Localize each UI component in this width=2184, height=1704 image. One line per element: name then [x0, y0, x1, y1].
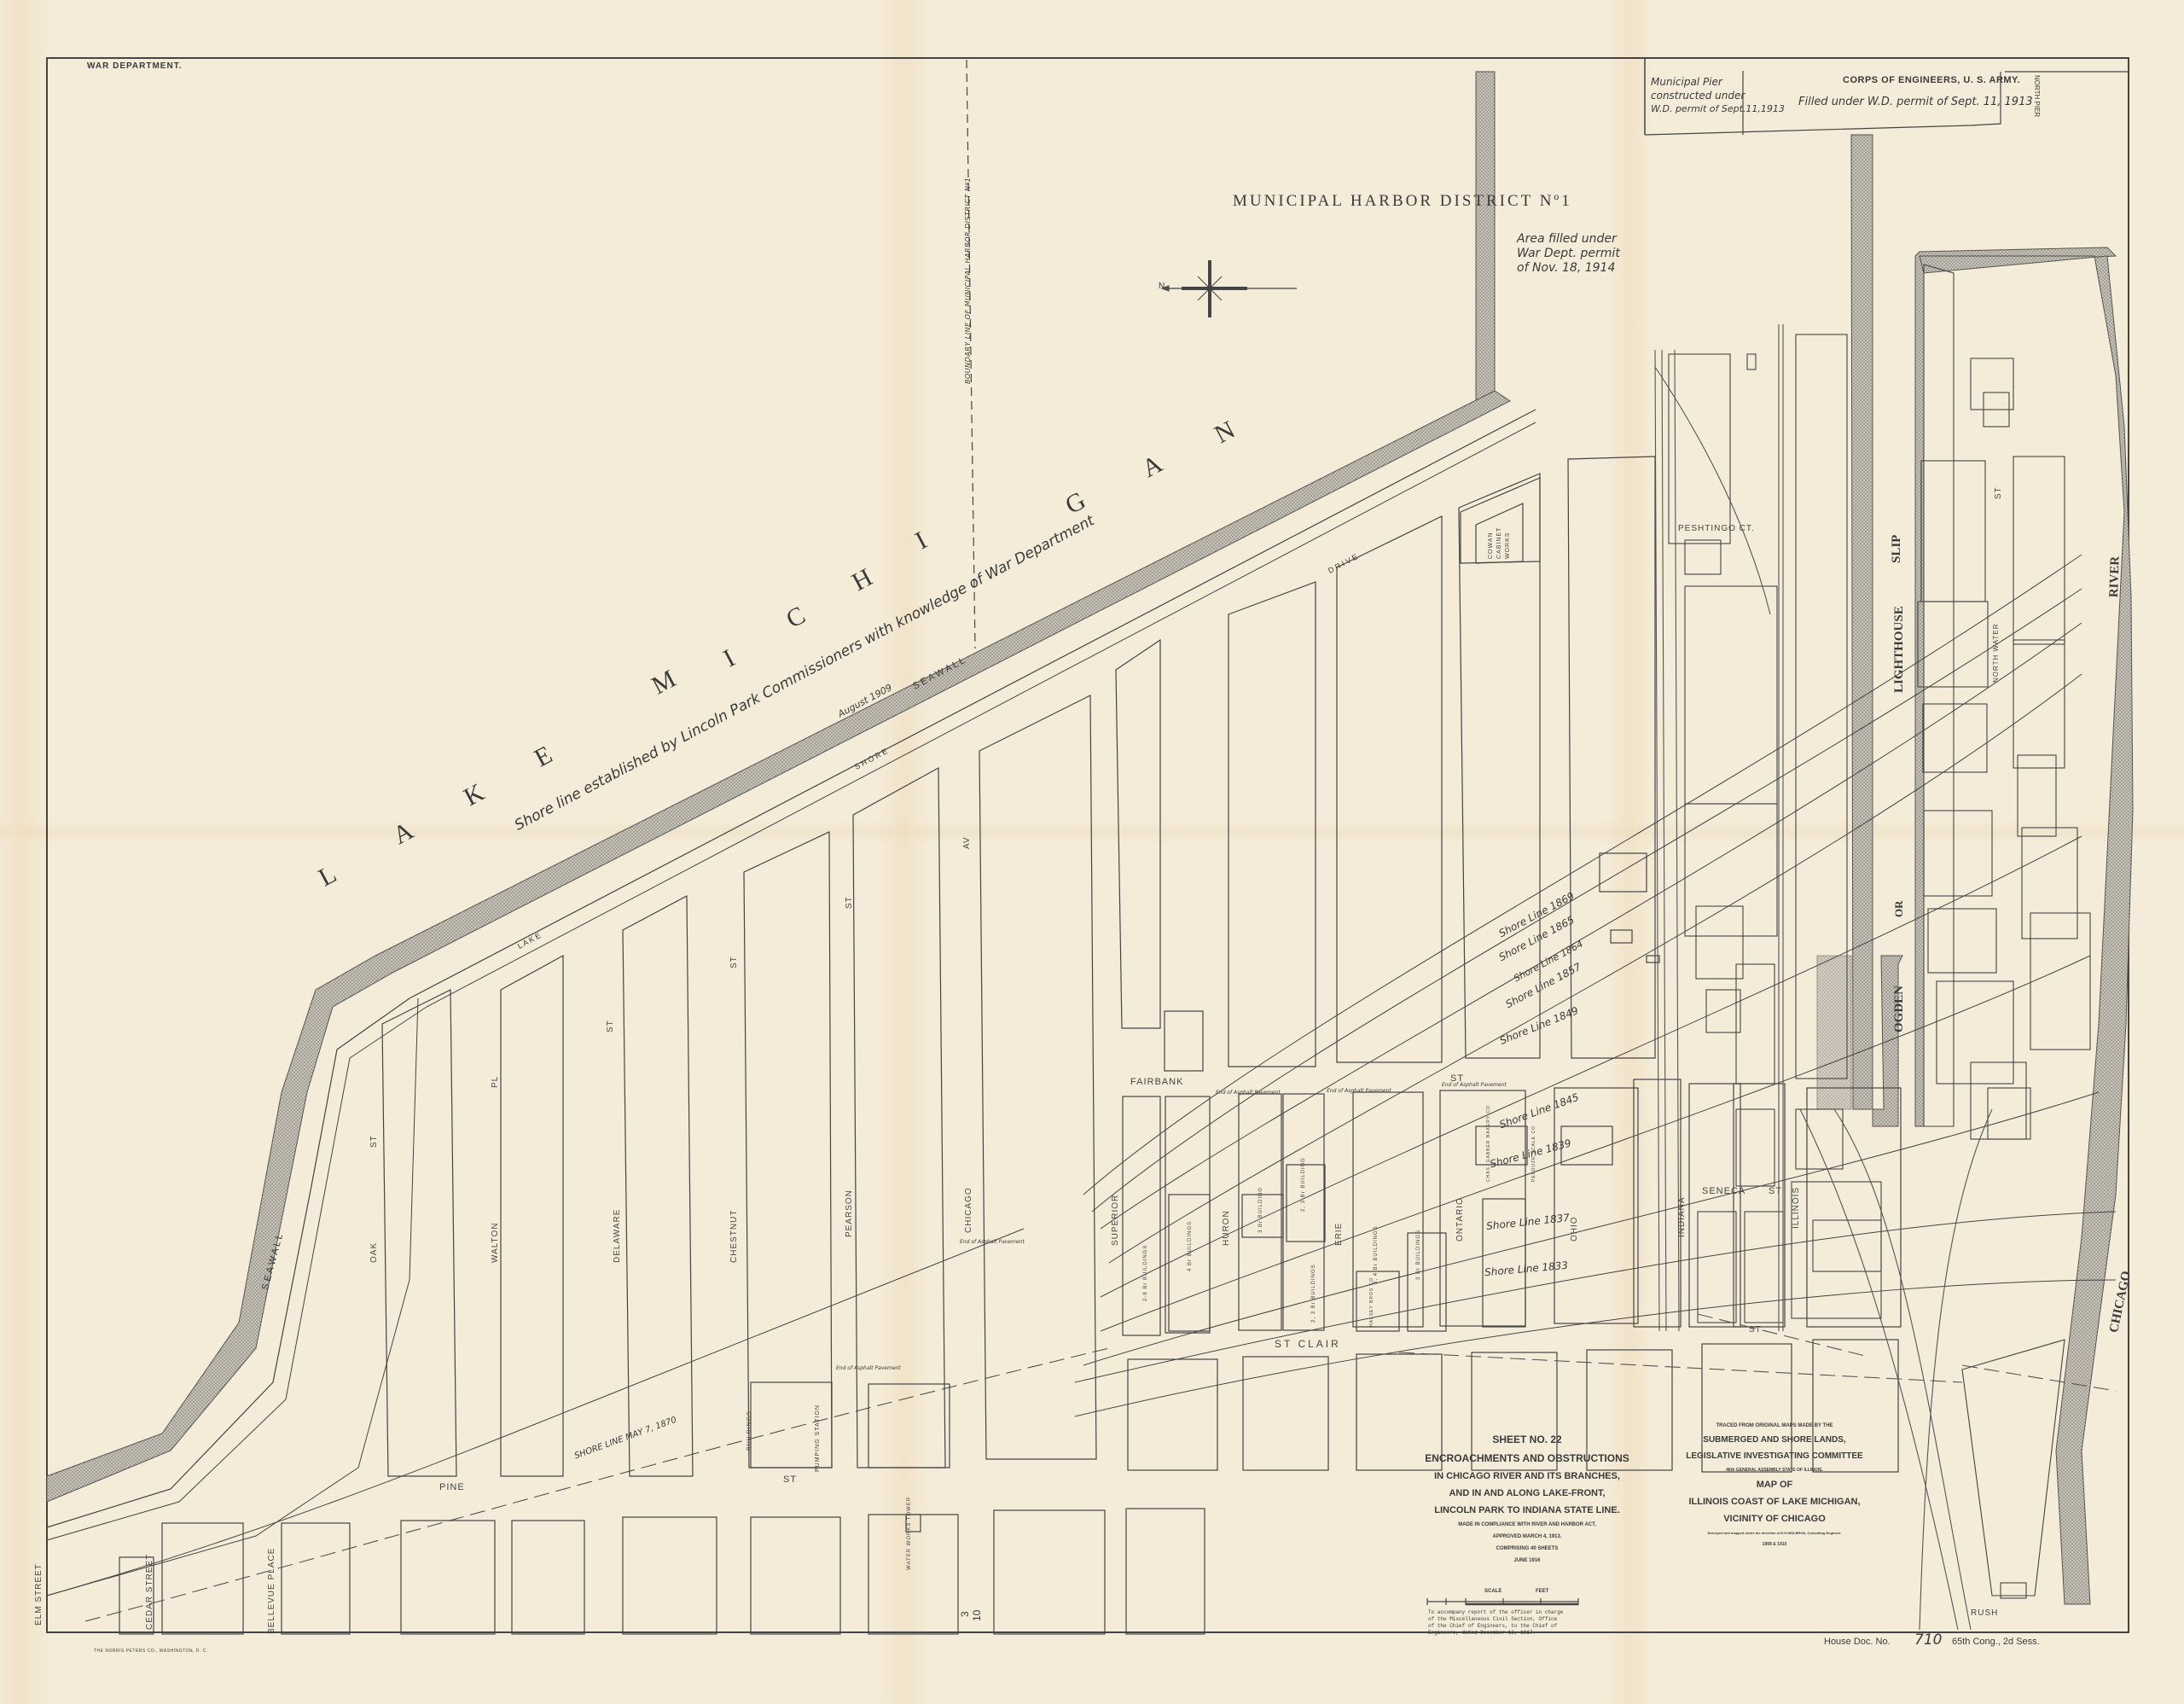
- title-line: IN CHICAGO RIVER AND ITS BRANCHES,: [1386, 1471, 1668, 1481]
- title-line: VICINITY OF CHICAGO: [1672, 1514, 1877, 1524]
- title-line: COMPRISING 40 SHEETS: [1386, 1546, 1668, 1551]
- street-ohio: OHIO: [1570, 1216, 1579, 1242]
- street-st: ST: [783, 1474, 797, 1485]
- street-st: ST: [729, 956, 739, 968]
- street-oak: OAK: [369, 1242, 379, 1263]
- scale-unit: FEET: [1536, 1589, 1548, 1594]
- building-label: CHAS. GABBER BAKERY CO: [1486, 1105, 1491, 1182]
- filled-note: Filled under W.D. permit of Sept. 11, 19…: [1798, 96, 2033, 108]
- title-line: ENCROACHMENTS AND OBSTRUCTIONS: [1386, 1452, 1668, 1464]
- pavement-note: End of Asphalt Pavement: [836, 1365, 901, 1371]
- report-note-line: To accompany report of the officer in ch…: [1428, 1609, 1563, 1616]
- title-line: 46th GENERAL ASSEMBLY STATE OF ILLINOIS.: [1672, 1468, 1877, 1473]
- area-filled-note: Area filled under War Dept. permit of No…: [1517, 232, 1620, 276]
- sheet-number: SHEET NO. 22: [1386, 1434, 1668, 1445]
- building-label: COWAN CABINET WORKS: [1487, 508, 1513, 559]
- compass-north-label: N: [1159, 282, 1165, 291]
- pier-note-line: W.D. permit of Sept.11,1913: [1651, 102, 1785, 116]
- house-doc-label: House Doc. No.: [1824, 1637, 1891, 1647]
- street-cedar: CEDAR STREET: [145, 1554, 154, 1630]
- pavement-note: End of Asphalt Pavement: [1216, 1090, 1281, 1096]
- title-block-right: TRACED FROM ORIGINAL MAPS MADE BY THE SU…: [1672, 1423, 1877, 1554]
- area-filled-line: Area filled under: [1517, 232, 1620, 247]
- north-pier-label: NORTH PIER: [2033, 75, 2041, 117]
- title-line: Surveyed and mapped under the direction …: [1672, 1531, 1877, 1535]
- building-label: 2-8 Br BUILDINGS: [1143, 1245, 1148, 1301]
- war-department-label: WAR DEPARTMENT.: [87, 61, 182, 71]
- street-st-clair: ST CLAIR: [1275, 1338, 1341, 1350]
- slip-label: OGDEN: [1892, 986, 1907, 1032]
- corps-of-engineers-label: CORPS OF ENGINEERS, U. S. ARMY.: [1843, 75, 2020, 85]
- building-label: 3 Br BUILDING: [1258, 1187, 1263, 1233]
- harbor-district-label: MUNICIPAL HARBOR DISTRICT Nº1: [1233, 192, 1572, 211]
- street-north-water: NORTH WATER: [1992, 623, 2000, 683]
- street-av: AV: [962, 836, 972, 849]
- street-elm: ELM STREET: [34, 1563, 44, 1625]
- street-superior: SUPERIOR: [1111, 1195, 1120, 1246]
- street-bellevue: BELLEVUE PLACE: [267, 1548, 276, 1634]
- slip-label: SLIP: [1890, 535, 1904, 563]
- house-doc-number: 710: [1914, 1631, 1942, 1649]
- title-line: TRACED FROM ORIGINAL MAPS MADE BY THE: [1672, 1423, 1877, 1428]
- river-label: RIVER: [2107, 556, 2123, 598]
- street-delaware: DELAWARE: [613, 1209, 622, 1263]
- title-line: AND IN AND ALONG LAKE-FRONT,: [1386, 1488, 1668, 1498]
- building-label: 3 Br BUILDINGS: [1416, 1230, 1421, 1280]
- sheet-edge-mark: 10: [971, 1610, 983, 1621]
- pier-note: Municipal Pier constructed under W.D. pe…: [1651, 75, 1785, 116]
- street-indiana: INDIANA: [1677, 1196, 1687, 1237]
- building-label: 2, 3 Br BUILDINGS: [1311, 1264, 1316, 1323]
- report-note-line: of the Chief of Engineers, to the Chief …: [1428, 1623, 1563, 1630]
- report-note-line: Engineers, dated December 13, 1917.: [1428, 1630, 1563, 1637]
- street-walton: WALTON: [491, 1223, 500, 1263]
- report-note-line: of the Miscellaneous Civil Section, Offi…: [1428, 1616, 1563, 1623]
- title-block-left: SHEET NO. 22 ENCROACHMENTS AND OBSTRUCTI…: [1386, 1434, 1668, 1570]
- building-label: BUILDINGS: [746, 1410, 752, 1451]
- boundary-line-label: BOUNDARY LINE OF MUNICIPAL HARBOR DISTRI…: [964, 177, 972, 384]
- street-illinois: ILLINOIS: [1792, 1187, 1801, 1229]
- title-line: JUNE 1916: [1386, 1558, 1668, 1563]
- street-pl: PL: [491, 1076, 500, 1088]
- building-label: PUMPING STATION: [815, 1404, 821, 1472]
- map-sheet: WAR DEPARTMENT. CORPS OF ENGINEERS, U. S…: [0, 0, 2184, 1704]
- building-label: 3, 4 Br BUILDINGS: [1374, 1225, 1379, 1284]
- title-line: LINCOLN PARK TO INDIANA STATE LINE.: [1386, 1505, 1668, 1515]
- sheet-edge-mark: 3: [959, 1611, 971, 1617]
- pier-note-line: constructed under: [1651, 89, 1785, 102]
- pavement-note: End of Asphalt Pavement: [960, 1239, 1025, 1245]
- report-note: To accompany report of the officer in ch…: [1428, 1609, 1563, 1637]
- street-st: ST: [606, 1020, 615, 1032]
- street-fairbank: FAIRBANK: [1130, 1077, 1183, 1087]
- slip-label: LIGHTHOUSE: [1892, 606, 1907, 693]
- street-st: ST: [1994, 486, 2003, 499]
- street-st: ST: [1769, 1186, 1782, 1196]
- area-filled-line: of Nov. 18, 1914: [1517, 261, 1620, 276]
- congress-session: 65th Cong., 2d Sess.: [1952, 1637, 2040, 1647]
- area-filled-line: War Dept. permit: [1517, 247, 1620, 261]
- building-label: PELOUZE SCALE CO: [1531, 1125, 1536, 1182]
- title-line: MAP OF: [1672, 1480, 1877, 1490]
- pavement-note: End of Asphalt Pavement: [1327, 1088, 1391, 1094]
- street-chestnut: CHESTNUT: [729, 1210, 739, 1263]
- street-rush: RUSH: [1971, 1608, 1998, 1618]
- title-line: ILLINOIS COAST OF LAKE MICHIGAN,: [1672, 1497, 1877, 1507]
- building-label: 4 Br BUILDINGS: [1188, 1221, 1193, 1271]
- title-line: 1909 & 1910: [1672, 1542, 1877, 1547]
- pavement-note: End of Asphalt Pavement: [1442, 1082, 1507, 1088]
- street-pearson: PEARSON: [845, 1189, 854, 1237]
- street-st: ST: [845, 896, 854, 909]
- title-line: SUBMERGED AND SHORE LANDS,: [1672, 1435, 1877, 1445]
- street-chicago: CHICAGO: [964, 1187, 973, 1233]
- street-st: ST: [1749, 1325, 1762, 1335]
- street-erie: ERIE: [1334, 1223, 1344, 1246]
- scale-label: SCALE: [1484, 1589, 1501, 1594]
- title-line: APPROVED MARCH 4, 1913.: [1386, 1534, 1668, 1539]
- pier-note-line: Municipal Pier: [1651, 75, 1785, 89]
- street-peshtingo: PESHTINGO CT.: [1678, 524, 1755, 533]
- street-pine: PINE: [439, 1482, 465, 1492]
- building-label: 2, 3 Br BUILDING: [1301, 1157, 1306, 1212]
- street-ontario: ONTARIO: [1455, 1197, 1465, 1242]
- street-huron: HURON: [1222, 1210, 1231, 1246]
- title-line: MADE IN COMPLIANCE WITH RIVER AND HARBOR…: [1386, 1522, 1668, 1527]
- building-label: WATER WORKS TOWER: [907, 1497, 912, 1570]
- street-seneca: SENECA: [1702, 1186, 1745, 1196]
- slip-label: OR: [1892, 901, 1906, 918]
- title-line: LEGISLATIVE INVESTIGATING COMMITTEE: [1672, 1451, 1877, 1461]
- building-label: HALSEY BROS CO: [1369, 1277, 1374, 1327]
- street-st: ST: [369, 1135, 379, 1148]
- printer-credit: THE NORRIS PETERS CO., WASHINGTON, D. C.: [94, 1649, 208, 1654]
